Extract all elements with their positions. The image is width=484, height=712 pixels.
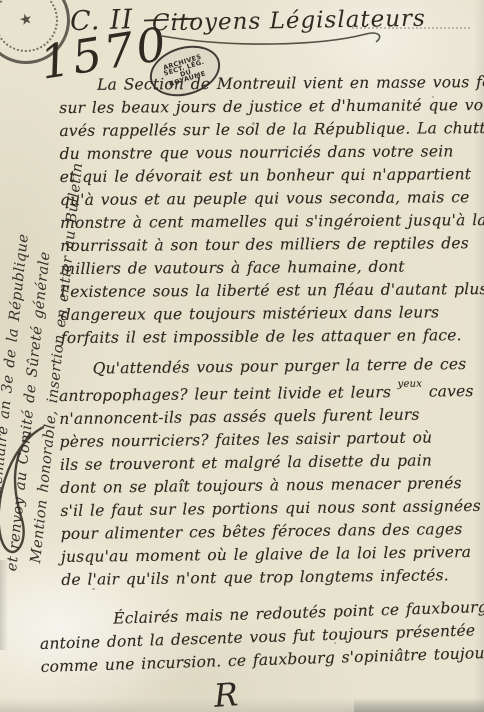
manuscript-line: sur les beaux jours de justice et d'huma… xyxy=(59,94,479,120)
ink-speck xyxy=(252,122,255,125)
closing-mark: R xyxy=(213,675,240,712)
paragraph: Éclairés mais ne redoutés point ce fauxb… xyxy=(39,596,481,679)
dotted-rule xyxy=(352,27,470,29)
manuscript-line: du monstre que vous nourriciés dans votr… xyxy=(60,140,480,166)
paragraph: La Section de Montreuil vient en masse v… xyxy=(59,71,481,350)
ink-speck xyxy=(432,96,434,98)
manuscript-page: ★ C. II —— Citoyens Législateurs 1570 AR… xyxy=(0,0,484,712)
manuscript-body: La Section de Montreuil vient en masse v… xyxy=(60,74,480,679)
manuscript-line: et qui le dévorait est un bonheur qui n'… xyxy=(60,163,480,189)
manuscript-line: l'existence sous la liberté est un fléau… xyxy=(60,278,480,304)
manuscript-line: monstre à cent mamelles qui s'ingéroient… xyxy=(60,209,480,235)
ink-speck xyxy=(92,588,95,590)
manuscript-line: avés rappellés sur le sol de la Républiq… xyxy=(59,117,479,143)
scan-edge-smudge xyxy=(0,560,8,650)
manuscript-line: de l'air qu'ils n'ont que trop longtems … xyxy=(61,564,481,592)
manuscript-line: nourrissait à son tour des milliers de r… xyxy=(60,232,480,258)
interline-insertion: yeux xyxy=(398,379,423,390)
manuscript-line: forfaits il est impossible de les attaqu… xyxy=(61,324,481,350)
manuscript-line: milliers de vautours à face humaine, don… xyxy=(60,255,480,281)
scan-edge-smudge xyxy=(354,698,484,712)
manuscript-line: dangereux que toujours mistérieux dans l… xyxy=(61,301,481,327)
ink-speck xyxy=(334,642,336,644)
manuscript-line: qu'à vous et au peuple qui vous seconda,… xyxy=(60,186,480,212)
manuscript-line: La Section de Montreuil vient en masse v… xyxy=(59,71,479,97)
paragraph: Qu'attendés vous pour purger la terre de… xyxy=(59,353,482,592)
